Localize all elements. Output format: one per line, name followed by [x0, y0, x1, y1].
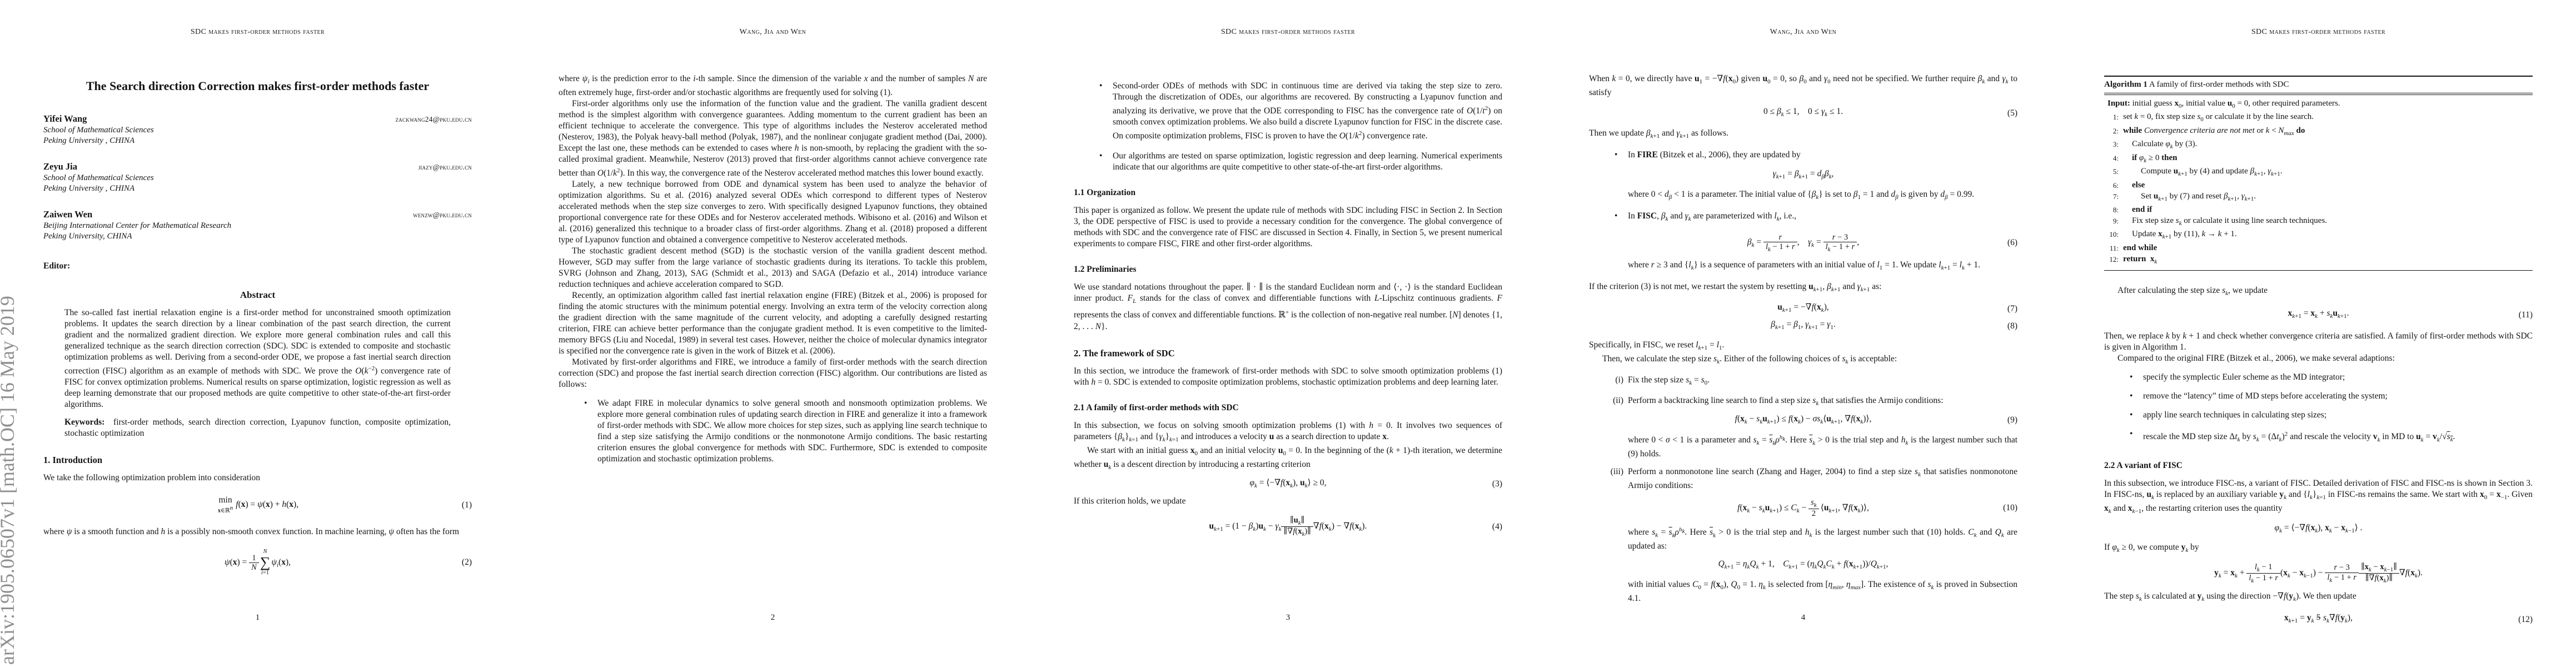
algorithm-1: Algorithm 1 A family of first-order meth… [2104, 76, 2533, 271]
abstract-text: The so-called fast inertial relaxation e… [64, 307, 451, 410]
algorithm-line: 8:end if [2104, 205, 2533, 216]
page-5-content: Algorithm 1 A family of first-order meth… [2104, 0, 2533, 627]
bullet-item: apply line search techniques in calculat… [2104, 410, 2533, 421]
page-number: 2 [515, 613, 1030, 623]
paragraph: In this subsection, we focus on solving … [1074, 420, 1502, 445]
page-1: arXiv:1905.06507v1 [math.OC] 16 May 2019… [0, 0, 515, 667]
paragraph: where r ≥ 3 and {lk} is a sequence of pa… [1589, 260, 2017, 273]
paper-canvas: arXiv:1905.06507v1 [math.OC] 16 May 2019… [0, 0, 2576, 667]
author-email: jiazy@pku.edu.cn [418, 162, 472, 173]
equation-2: ψ(x) = 1NN∑i=1ψi(x),(2) [43, 549, 472, 576]
page-2: Wang, Jia and Wen where ψi is the predic… [515, 0, 1030, 667]
paragraph: Motivated by first-order algorithms and … [559, 357, 987, 390]
page-1-content: The Search direction Correction makes fi… [43, 0, 472, 576]
author-affiliation: Beijing International Center for Mathema… [43, 221, 472, 231]
author-email: wenzw@pku.edu.cn [413, 210, 472, 221]
algorithm-line: 3:Calculate φk by (3). [2104, 139, 2533, 153]
arxiv-watermark: arXiv:1905.06507v1 [math.OC] 16 May 2019 [0, 296, 19, 665]
equation-fire: γk+1 = βk+1 = dββk, [1589, 168, 2017, 182]
paragraph: Then, we calculate the step size sk. Eit… [1589, 354, 2017, 367]
page-4: Wang, Jia and Wen When k = 0, we directl… [1546, 0, 2061, 667]
author: Yifei Wangzackwang24@pku.edu.cnSchool of… [43, 113, 472, 146]
paragraph: with initial values C0 = f(x0), Q0 = 1. … [1589, 579, 2017, 604]
paragraph: When k = 0, we directly have u1 = −∇f(x0… [1589, 73, 2017, 98]
bullet-item: In FISC, βk and γk are parameterized wit… [1589, 211, 2017, 225]
equation-1: minx∈ℝn f(x) = ψ(x) + h(x),(1) [43, 496, 472, 514]
section-1-1: 1.1 Organization [1074, 187, 1502, 198]
list-item-ii: (ii)Perform a backtracking line search t… [1589, 395, 2017, 409]
bullet-item: We adapt FIRE in molecular dynamics to s… [559, 398, 987, 465]
section-1-2: 1.2 Preliminaries [1074, 264, 1502, 275]
page-4-content: When k = 0, we directly have u1 = −∇f(x0… [1589, 0, 2017, 604]
paragraph: If the criterion (3) is not met, we rest… [1589, 281, 2017, 295]
algorithm-line: 7:Set uk+1 by (7) and reset βk+1, γk+1. [2104, 191, 2533, 205]
algorithm-line: 5:Compute uk+1 by (4) and update βk+1, γ… [2104, 166, 2533, 180]
equation-6: βk = rlk − 1 + r, γk = r − 3lk − 1 + r,(… [1589, 233, 2017, 253]
algorithm-title: Algorithm 1 A family of first-order meth… [2104, 77, 2533, 93]
paragraph: where 0 < σ < 1 is a parameter and sk = … [1589, 432, 2017, 460]
paragraph: First-order algorithms only use the info… [559, 98, 987, 179]
author-affiliation: Peking University , CHINA [43, 183, 472, 194]
equation-y: yk = xk + lk − 1lk − 1 + r(xk − xk−1) − … [2104, 563, 2533, 584]
equation-3: φk = ⟨−∇f(xk), uk⟩ ≥ 0,(3) [1074, 477, 1502, 491]
bullet-item: remove the “latency” time of MD steps be… [2104, 391, 2533, 402]
paragraph: If φk ≥ 0, we compute yk by [2104, 542, 2533, 556]
paragraph: where 0 < dβ < 1 is a parameter. The ini… [1589, 189, 2017, 203]
list-item-iii: (iii)Perform a nonmonotone line search (… [1589, 466, 2017, 491]
author-email: zackwang24@pku.edu.cn [396, 114, 472, 125]
algorithm-line: 6:else [2104, 180, 2533, 191]
bullet-item: In FIRE (Bitzek et al., 2006), they are … [1589, 150, 2017, 161]
section-2-2: 2.2 A variant of FISC [2104, 460, 2533, 471]
equation-phi: φk = ⟨−∇f(xk), xk − xk−1⟩ . [2104, 522, 2533, 536]
page-3-content: Second-order ODEs of methods with SDC in… [1074, 0, 1502, 537]
algorithm-line: 10:Update xk+1 by (11), k → k + 1. [2104, 229, 2533, 243]
equation-5: 0 ≤ βk ≤ 1, 0 ≤ γk ≤ 1.(5) [1589, 106, 2017, 120]
equation-11: xk+1 = xk + skuk+1.(11) [2104, 308, 2533, 322]
author-affiliation: School of Mathematical Sciences [43, 173, 472, 183]
author-block: Yifei Wangzackwang24@pku.edu.cnSchool of… [43, 113, 472, 242]
paragraph: where sk = skρhk. Here sk > 0 is the tri… [1589, 524, 2017, 552]
author-name: Zeyu Jia [43, 161, 77, 172]
algorithm-line: 11:end while [2104, 243, 2533, 254]
equation-9: f(xk − skuk+1) ≤ f(xk) − σsk⟨uk+1, ∇f(xk… [1589, 414, 2017, 427]
paragraph: In this section, we introduce the framew… [1074, 366, 1502, 388]
equation-7: uk+1 = −∇f(xk),(7) [1589, 302, 2017, 316]
paragraph: If this criterion holds, we update [1074, 496, 1502, 507]
paragraph: After calculating the step size sk, we u… [2104, 285, 2533, 299]
paragraph: Then we update βk+1 and γk+1 as follows. [1589, 128, 2017, 142]
paper-title: The Search direction Correction makes fi… [43, 78, 472, 94]
section-2: 2. The framework of SDC [1074, 348, 1502, 359]
paragraph: Then, we replace k by k + 1 and check wh… [2104, 331, 2533, 353]
page-2-content: where ψi is the prediction error to the … [559, 0, 987, 465]
author-affiliation: Peking University , CHINA [43, 136, 472, 146]
author: Zaiwen Wenwenzw@pku.edu.cnBeijing Intern… [43, 209, 472, 242]
paragraph: We use standard notations throughout the… [1074, 282, 1502, 332]
paragraph: Lately, a new technique borrowed from OD… [559, 179, 987, 246]
page-number: 1 [0, 613, 515, 623]
paragraph: We start with an initial guess x0 and an… [1074, 445, 1502, 473]
algorithm-line: 1:set k = 0, fix step size s0 or calcula… [2104, 112, 2533, 126]
abstract-heading: Abstract [43, 290, 472, 301]
algorithm-line: 12:return xk [2104, 254, 2533, 268]
list-item-i: (i)Fix the step size sk = s0. [1589, 375, 2017, 389]
equation-8: βk+1 = β1, γk+1 = γ1.(8) [1589, 319, 2017, 333]
bullet-item: Second-order ODEs of methods with SDC in… [1074, 81, 1502, 142]
page-number: 5 [2061, 613, 2576, 623]
bullet-item: rescale the MD step size Δtk by sk = (Δt… [2104, 429, 2533, 445]
author-affiliation: School of Mathematical Sciences [43, 125, 472, 136]
paragraph: In this subsection, we introduce FISC-ns… [2104, 478, 2533, 517]
section-1: 1. Introduction [43, 455, 472, 466]
page-number: 3 [1030, 613, 1546, 623]
keywords: Keywords: first-order methods, search di… [64, 417, 451, 439]
paragraph: where ψ is a smooth function and h is a … [43, 526, 472, 537]
paragraph: The step sk is calculated at yk using th… [2104, 591, 2533, 605]
author-affiliation: Peking University, CHINA [43, 231, 472, 242]
equation-10: f(xk − skuk+1) ≤ Ck − sk2 ⟨uk+1, ∇f(xk)⟩… [1589, 498, 2017, 518]
algorithm-line: 9:Fix step size sk or calculate it using… [2104, 216, 2533, 230]
section-2-1: 2.1 A family of first-order methods with… [1074, 402, 1502, 414]
bullet-item: Our algorithms are tested on sparse opti… [1074, 151, 1502, 173]
paragraph: where ψi is the prediction error to the … [559, 73, 987, 98]
equation-cq: Qk+1 = ηkQk + 1, Ck+1 = (ηkQkCk + f(xk+1… [1589, 559, 2017, 573]
page-number: 4 [1546, 613, 2061, 623]
author-name: Yifei Wang [43, 113, 87, 125]
paragraph: Specifically, in FISC, we reset lk+1 = l… [1589, 340, 2017, 354]
paragraph: Recently, an optimization algorithm call… [559, 290, 987, 357]
paragraph: Compared to the original FIRE (Bitzek et… [2104, 353, 2533, 364]
page-5: SDC makes first-order methods faster Alg… [2061, 0, 2576, 667]
editor-line: Editor: [43, 261, 472, 272]
algorithm-line: 2:while Convergence criteria are not met… [2104, 126, 2533, 140]
algorithm-input: Input: initial guess x0, initial value u… [2104, 98, 2533, 112]
paragraph: This paper is organized as follow. We pr… [1074, 205, 1502, 250]
algorithm-line: 4:if φk ≥ 0 then [2104, 153, 2533, 167]
page-3: SDC makes first-order methods faster Sec… [1030, 0, 1546, 667]
bullet-item: specify the symplectic Euler scheme as t… [2104, 372, 2533, 383]
paragraph: The stochastic gradient descent method (… [559, 246, 987, 290]
author: Zeyu Jiajiazy@pku.edu.cnSchool of Mathem… [43, 161, 472, 194]
equation-4: uk+1 = (1 − βk)uk − γk∥uk∥∥∇f(xk)∥∇f(xk)… [1074, 516, 1502, 537]
author-name: Zaiwen Wen [43, 209, 92, 220]
paragraph: We take the following optimization probl… [43, 472, 472, 484]
